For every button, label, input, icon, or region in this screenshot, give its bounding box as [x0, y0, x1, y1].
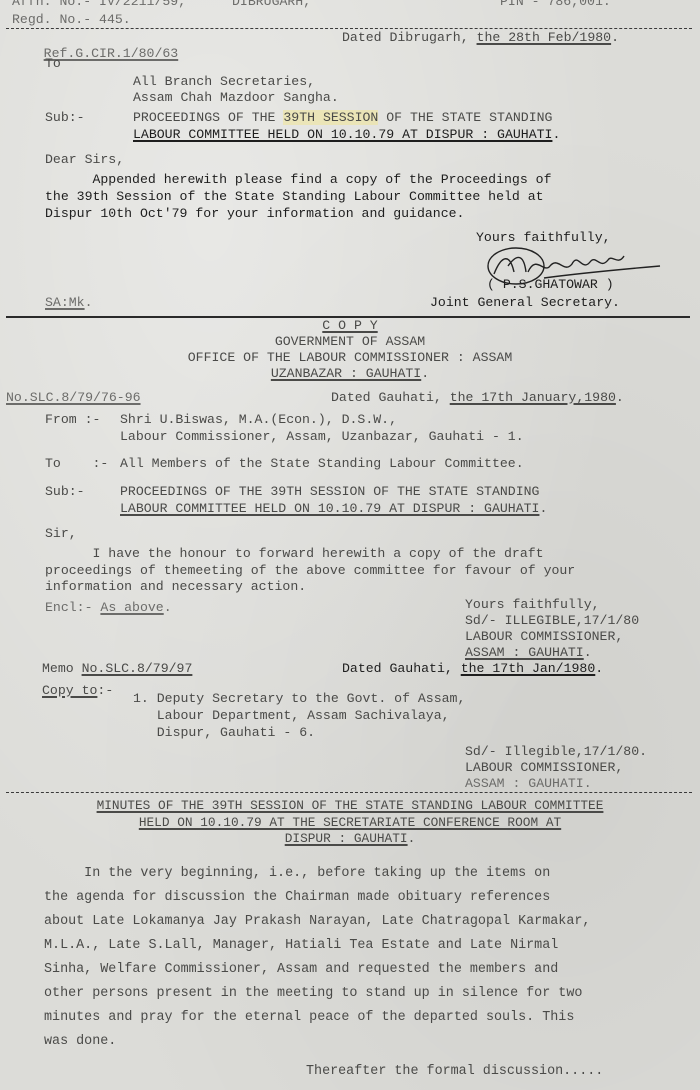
continuation-line: Thereafter the formal discussion..... [306, 1060, 603, 1084]
minutes-line-7: minutes and pray for the eternal peace o… [44, 1006, 574, 1030]
from-line-2: Labour Commissioner, Assam, Uzanbazar, G… [120, 429, 524, 445]
affiliation-number: Affn. No.- IV/2211/59, [12, 0, 186, 10]
memo-number: Memo No.SLC.8/79/97 [42, 661, 192, 677]
copy-salutation: Sir, [45, 526, 77, 542]
from-line-1: Shri U.Biswas, M.A.(Econ.), D.S.W., [120, 412, 397, 428]
salutation: Dear Sirs, [45, 152, 124, 168]
minutes-line-1: In the very beginning, i.e., before taki… [44, 862, 550, 886]
memo-date: Dated Gauhati, the 17th Jan/1980. [342, 661, 603, 677]
scanned-document-page: Affn. No.- IV/2211/59, DIBRUGARH, PIN - … [0, 0, 700, 1090]
copy-to-line-2: Labour Department, Assam Sachivalaya, [133, 708, 450, 724]
reference-number: Ref.G.CIR.1/80/63 [12, 30, 178, 78]
copy-subject-line-2: LABOUR COMMITTEE HELD ON 10.10.79 AT DIS… [120, 501, 547, 517]
copy-letter-date: Dated Gauhati, the 17th January,1980. [331, 390, 624, 406]
letter-number: No.SLC.8/79/76-96 [6, 390, 141, 406]
copy-heading: C O P Y [0, 318, 700, 334]
letter-date: Dated Dibrugarh, the 28th Feb/1980. [342, 30, 619, 46]
body-line-1: Appended herewith please find a copy of … [45, 172, 551, 188]
typist-initials: SA:Mk. [45, 295, 93, 311]
copy-closing: Yours faithfully, [465, 597, 600, 613]
highlighted-session: 39TH SESSION [283, 110, 378, 125]
sign-1: Sd/- ILLEGIBLE,17/1/80 [465, 613, 639, 629]
to-label: To [45, 56, 61, 72]
recipient-line-1: All Branch Secretaries, [133, 74, 315, 90]
copy-body-line-2: proceedings of themeeting of the above c… [45, 563, 575, 579]
subject-line-1: PROCEEDINGS OF THE 39TH SESSION OF THE S… [133, 110, 552, 126]
letterhead-pin: PIN - 786,001. [500, 0, 611, 10]
recipient-line-2: Assam Chah Mazdoor Sangha. [133, 90, 339, 106]
copy-to-line: All Members of the State Standing Labour… [120, 456, 524, 472]
minutes-line-6: other persons present in the meeting to … [44, 982, 582, 1006]
letterhead-divider [6, 28, 692, 29]
copy-to-line-1: 1. Deputy Secretary to the Govt. of Assa… [133, 691, 465, 707]
minutes-line-8: was done. [44, 1030, 116, 1054]
subject-line-2: LABOUR COMMITTEE HELD ON 10.10.79 AT DIS… [133, 127, 560, 143]
sign-2-title: LABOUR COMMISSIONER, [465, 760, 623, 776]
from-label: From :- [45, 412, 100, 428]
copy-to-heading: Copy to:- [42, 683, 113, 699]
copy-subject-label: Sub:- [45, 484, 85, 500]
body-line-2: the 39th Session of the State Standing L… [45, 189, 544, 205]
copy-body-line-1: I have the honour to forward herewith a … [45, 546, 544, 562]
sign-2-place: ASSAM : GAUHATI. [465, 776, 592, 792]
minutes-title-line-1: MINUTES OF THE 39TH SESSION OF THE STATE… [0, 798, 700, 814]
minutes-title-line-2: HELD ON 10.10.79 AT THE SECRETARIATE CON… [0, 815, 700, 831]
sign-2: Sd/- Illegible,17/1/80. [465, 744, 647, 760]
copy-body-line-3: information and necessary action. [45, 579, 306, 595]
subject-label: Sub:- [45, 110, 85, 126]
office-address: UZANBAZAR : GAUHATI. [0, 366, 700, 382]
sign-1-title: LABOUR COMMISSIONER, [465, 629, 623, 645]
enclosure: Encl:- As above. [45, 600, 172, 616]
signatory-name: ( P.S.GHATOWAR ) [487, 277, 614, 293]
signatory-title: Joint General Secretary. [430, 295, 620, 311]
minutes-line-4: M.L.A., Late S.Lall, Manager, Hatiali Te… [44, 934, 558, 958]
registration-number: Regd. No.- 445. [12, 12, 131, 28]
government-heading: GOVERNMENT OF ASSAM [0, 334, 700, 350]
minutes-title-line-3: DISPUR : GAUHATI. [0, 831, 700, 847]
office-heading: OFFICE OF THE LABOUR COMMISSIONER : ASSA… [0, 350, 700, 366]
minutes-line-3: about Late Lokamanya Jay Prakash Narayan… [44, 910, 590, 934]
sign-1-place: ASSAM : GAUHATI. [465, 645, 592, 661]
copy-to-line-3: Dispur, Gauhati - 6. [133, 725, 315, 741]
minutes-line-2: the agenda for discussion the Chairman m… [44, 886, 550, 910]
minutes-line-5: Sinha, Welfare Commissioner, Assam and r… [44, 958, 558, 982]
minutes-divider [6, 792, 692, 793]
copy-subject-line-1: PROCEEDINGS OF THE 39TH SESSION OF THE S… [120, 484, 539, 500]
letterhead-city: DIBRUGARH, [232, 0, 311, 10]
body-line-3: Dispur 10th Oct'79 for your information … [45, 206, 464, 222]
copy-to-label: To :- [45, 456, 108, 472]
